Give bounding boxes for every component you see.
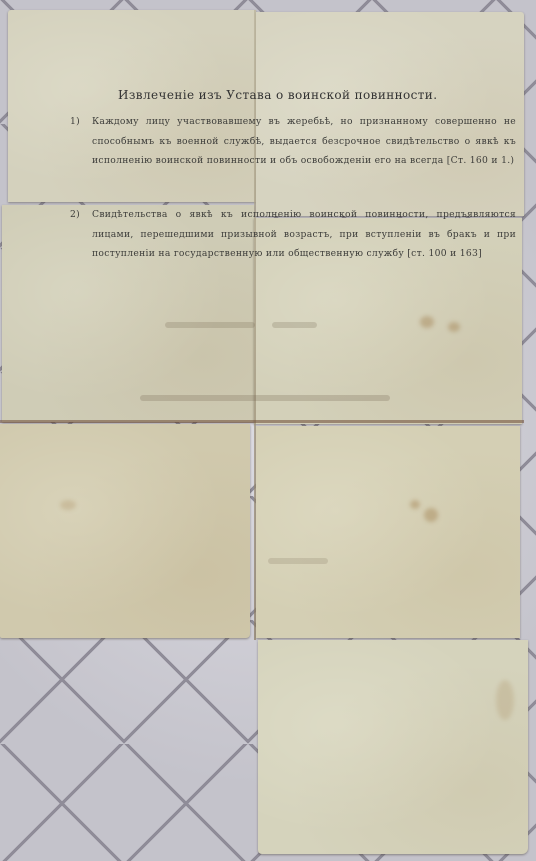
- paper-panel-lower-right: [256, 426, 520, 638]
- stain: [60, 500, 76, 510]
- bleed-through-stroke: [272, 322, 317, 328]
- paper-panel-lower-left: [0, 424, 250, 638]
- item-text: Каждому лицу участвовавшему въ жеребьѣ, …: [92, 112, 516, 171]
- paper-panel-bottom: [258, 640, 528, 854]
- statute-item-1: 1) Каждому лицу участвовавшему въ жеребь…: [70, 112, 516, 171]
- stain: [424, 508, 438, 522]
- document-title: Извлеченіе изъ Устава о воинской повинно…: [118, 86, 437, 106]
- stain: [410, 500, 420, 509]
- item-text: Свидѣтельства о явкѣ къ исполненію воинс…: [92, 205, 516, 264]
- item-number: 1): [70, 112, 80, 132]
- paper-panel-top-left: [8, 10, 256, 202]
- stain: [420, 316, 434, 328]
- statute-item-2: 2) Свидѣтельства о явкѣ къ исполненію во…: [70, 205, 516, 264]
- item-number: 2): [70, 205, 80, 225]
- bleed-through-stroke: [140, 395, 390, 401]
- horizontal-fold-tear: [0, 420, 524, 423]
- bleed-through-stroke: [165, 322, 255, 328]
- stain: [448, 322, 460, 332]
- bleed-through-stroke: [268, 558, 328, 564]
- stain: [496, 680, 514, 720]
